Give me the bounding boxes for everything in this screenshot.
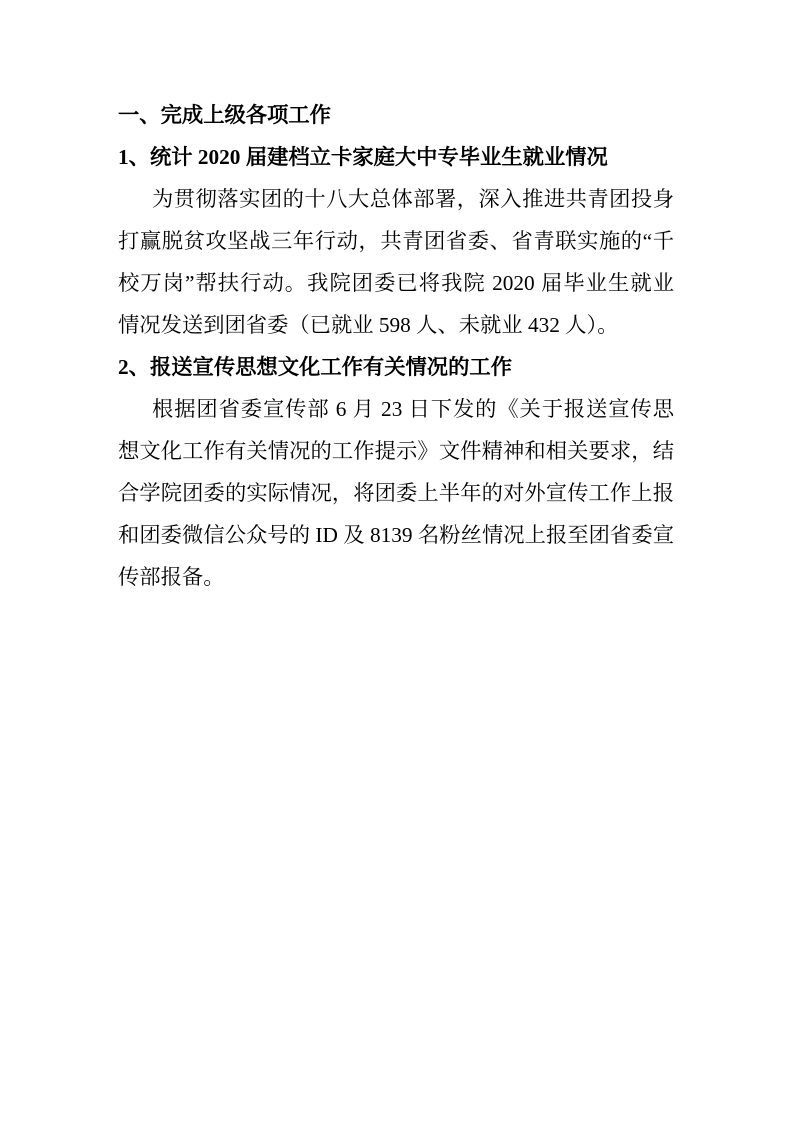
main-heading: 一、完成上级各项工作 — [118, 94, 674, 136]
section1-paragraph-line: 为贯彻落实团的十八大总体部署，深入推进共青团投身 — [118, 178, 674, 220]
section2-paragraph-line: 传部报备。 — [118, 556, 674, 598]
section2-paragraph-line: 想文化工作有关情况的工作提示》文件精神和相关要求，结 — [118, 430, 674, 472]
section2-paragraph-line: 合学院团委的实际情况，将团委上半年的对外宣传工作上报 — [118, 472, 674, 514]
section1-paragraph-line: 校万岗”帮扶行动。我院团委已将我院 2020 届毕业生就业 — [118, 262, 674, 304]
section1-heading: 1、统计 2020 届建档立卡家庭大中专毕业生就业情况 — [118, 136, 674, 178]
document-page: 一、完成上级各项工作 1、统计 2020 届建档立卡家庭大中专毕业生就业情况 为… — [0, 0, 793, 1122]
section2-heading: 2、报送宣传思想文化工作有关情况的工作 — [118, 346, 674, 388]
document-body: 一、完成上级各项工作 1、统计 2020 届建档立卡家庭大中专毕业生就业情况 为… — [118, 94, 674, 598]
section1-paragraph-line: 打赢脱贫攻坚战三年行动，共青团省委、省青联实施的“千 — [118, 220, 674, 262]
section1-paragraph-line: 情况发送到团省委（已就业 598 人、未就业 432 人）。 — [118, 304, 674, 346]
section2-paragraph-line: 根据团省委宣传部 6 月 23 日下发的《关于报送宣传思 — [118, 388, 674, 430]
section2-paragraph-line: 和团委微信公众号的 ID 及 8139 名粉丝情况上报至团省委宣 — [118, 514, 674, 556]
